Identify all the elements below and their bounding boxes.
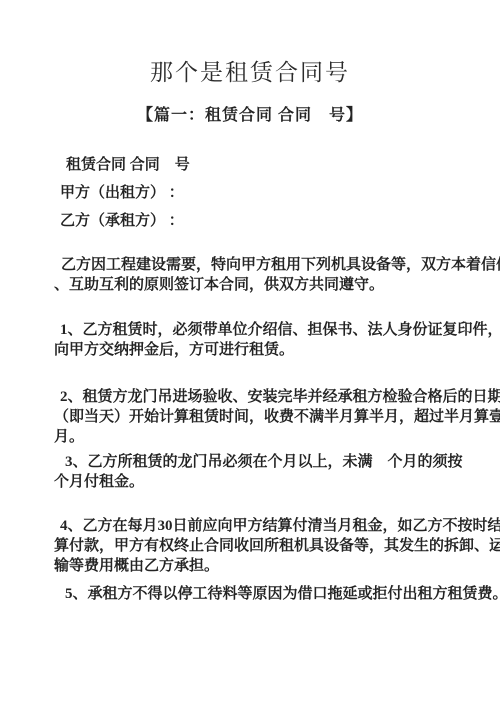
clause-1-paragraph: 1、乙方租赁时，必须带单位介绍信、担保书、法人身份证复印件， 向甲方交纳押金后，… [54,320,452,360]
clause-5-line-1: 5、承租方不得以停工待料等原因为借口拖延或拒付出租方租赁费。 [54,584,452,604]
party-a-label: 甲方（出租方） ： [54,183,452,203]
contract-number-line: 租赁合同 合同 号 [54,155,452,175]
clause-3-paragraph: 3、乙方所租赁的龙门吊必须在个月以上，未满 个月的须按 个月付租金。 [54,452,452,492]
clause-3-line-2: 个月付租金。 [54,472,452,492]
contract-body: 租赁合同 合同 号 甲方（出租方） ： 乙方（承租方） ： 乙方因工程建设需要，… [54,155,452,604]
section-heading: 【篇一：租赁合同 合同 号】 [0,102,500,125]
clause-4-paragraph: 4、乙方在每月30日前应向甲方结算付清当月租金，如乙方不按时结 算付款，甲方有权… [54,516,452,576]
clause-2-line-2: （即当天）开始计算租赁时间，收费不满半月算半月，超过半月算壹 [54,407,452,427]
party-b-paragraph: 乙方（承租方） ： [54,211,452,231]
clause-3-line-1: 3、乙方所租赁的龙门吊必须在个月以上，未满 个月的须按 [54,452,452,472]
party-b-label: 乙方（承租方） ： [54,211,452,231]
clause-2-line-3: 月。 [54,427,452,447]
clause-1-line-1: 1、乙方租赁时，必须带单位介绍信、担保书、法人身份证复印件， [54,320,452,340]
document-page: 那个是租赁合同号 【篇一：租赁合同 合同 号】 租赁合同 合同 号 甲方（出租方… [0,0,500,707]
clause-2-paragraph: 2、租赁方龙门吊进场验收、安装完毕并经承租方检验合格后的日期 （即当天）开始计算… [54,387,452,447]
party-a-paragraph: 甲方（出租方） ： [54,183,452,203]
clause-2-line-1: 2、租赁方龙门吊进场验收、安装完毕并经承租方检验合格后的日期 [54,387,452,407]
clause-4-line-3: 输等费用概由乙方承担。 [54,556,452,576]
document-title: 那个是租赁合同号 [0,0,500,87]
clause-1-line-2: 向甲方交纳押金后，方可进行租赁。 [54,340,452,360]
intro-line-1: 乙方因工程建设需要，特向甲方租用下列机具设备等，双方本着信任 [54,255,452,275]
intro-paragraph: 乙方因工程建设需要，特向甲方租用下列机具设备等，双方本着信任 、互助互利的原则签… [54,255,452,295]
intro-line-2: 、互助互利的原则签订本合同，供双方共同遵守。 [54,275,452,295]
clause-4-line-1: 4、乙方在每月30日前应向甲方结算付清当月租金，如乙方不按时结 [54,516,452,536]
clause-4-line-2: 算付款，甲方有权终止合同收回所租机具设备等，其发生的拆卸、运 [54,536,452,556]
contract-heading-line: 租赁合同 合同 号 [54,155,452,175]
clause-5-paragraph: 5、承租方不得以停工待料等原因为借口拖延或拒付出租方租赁费。 [54,584,452,604]
